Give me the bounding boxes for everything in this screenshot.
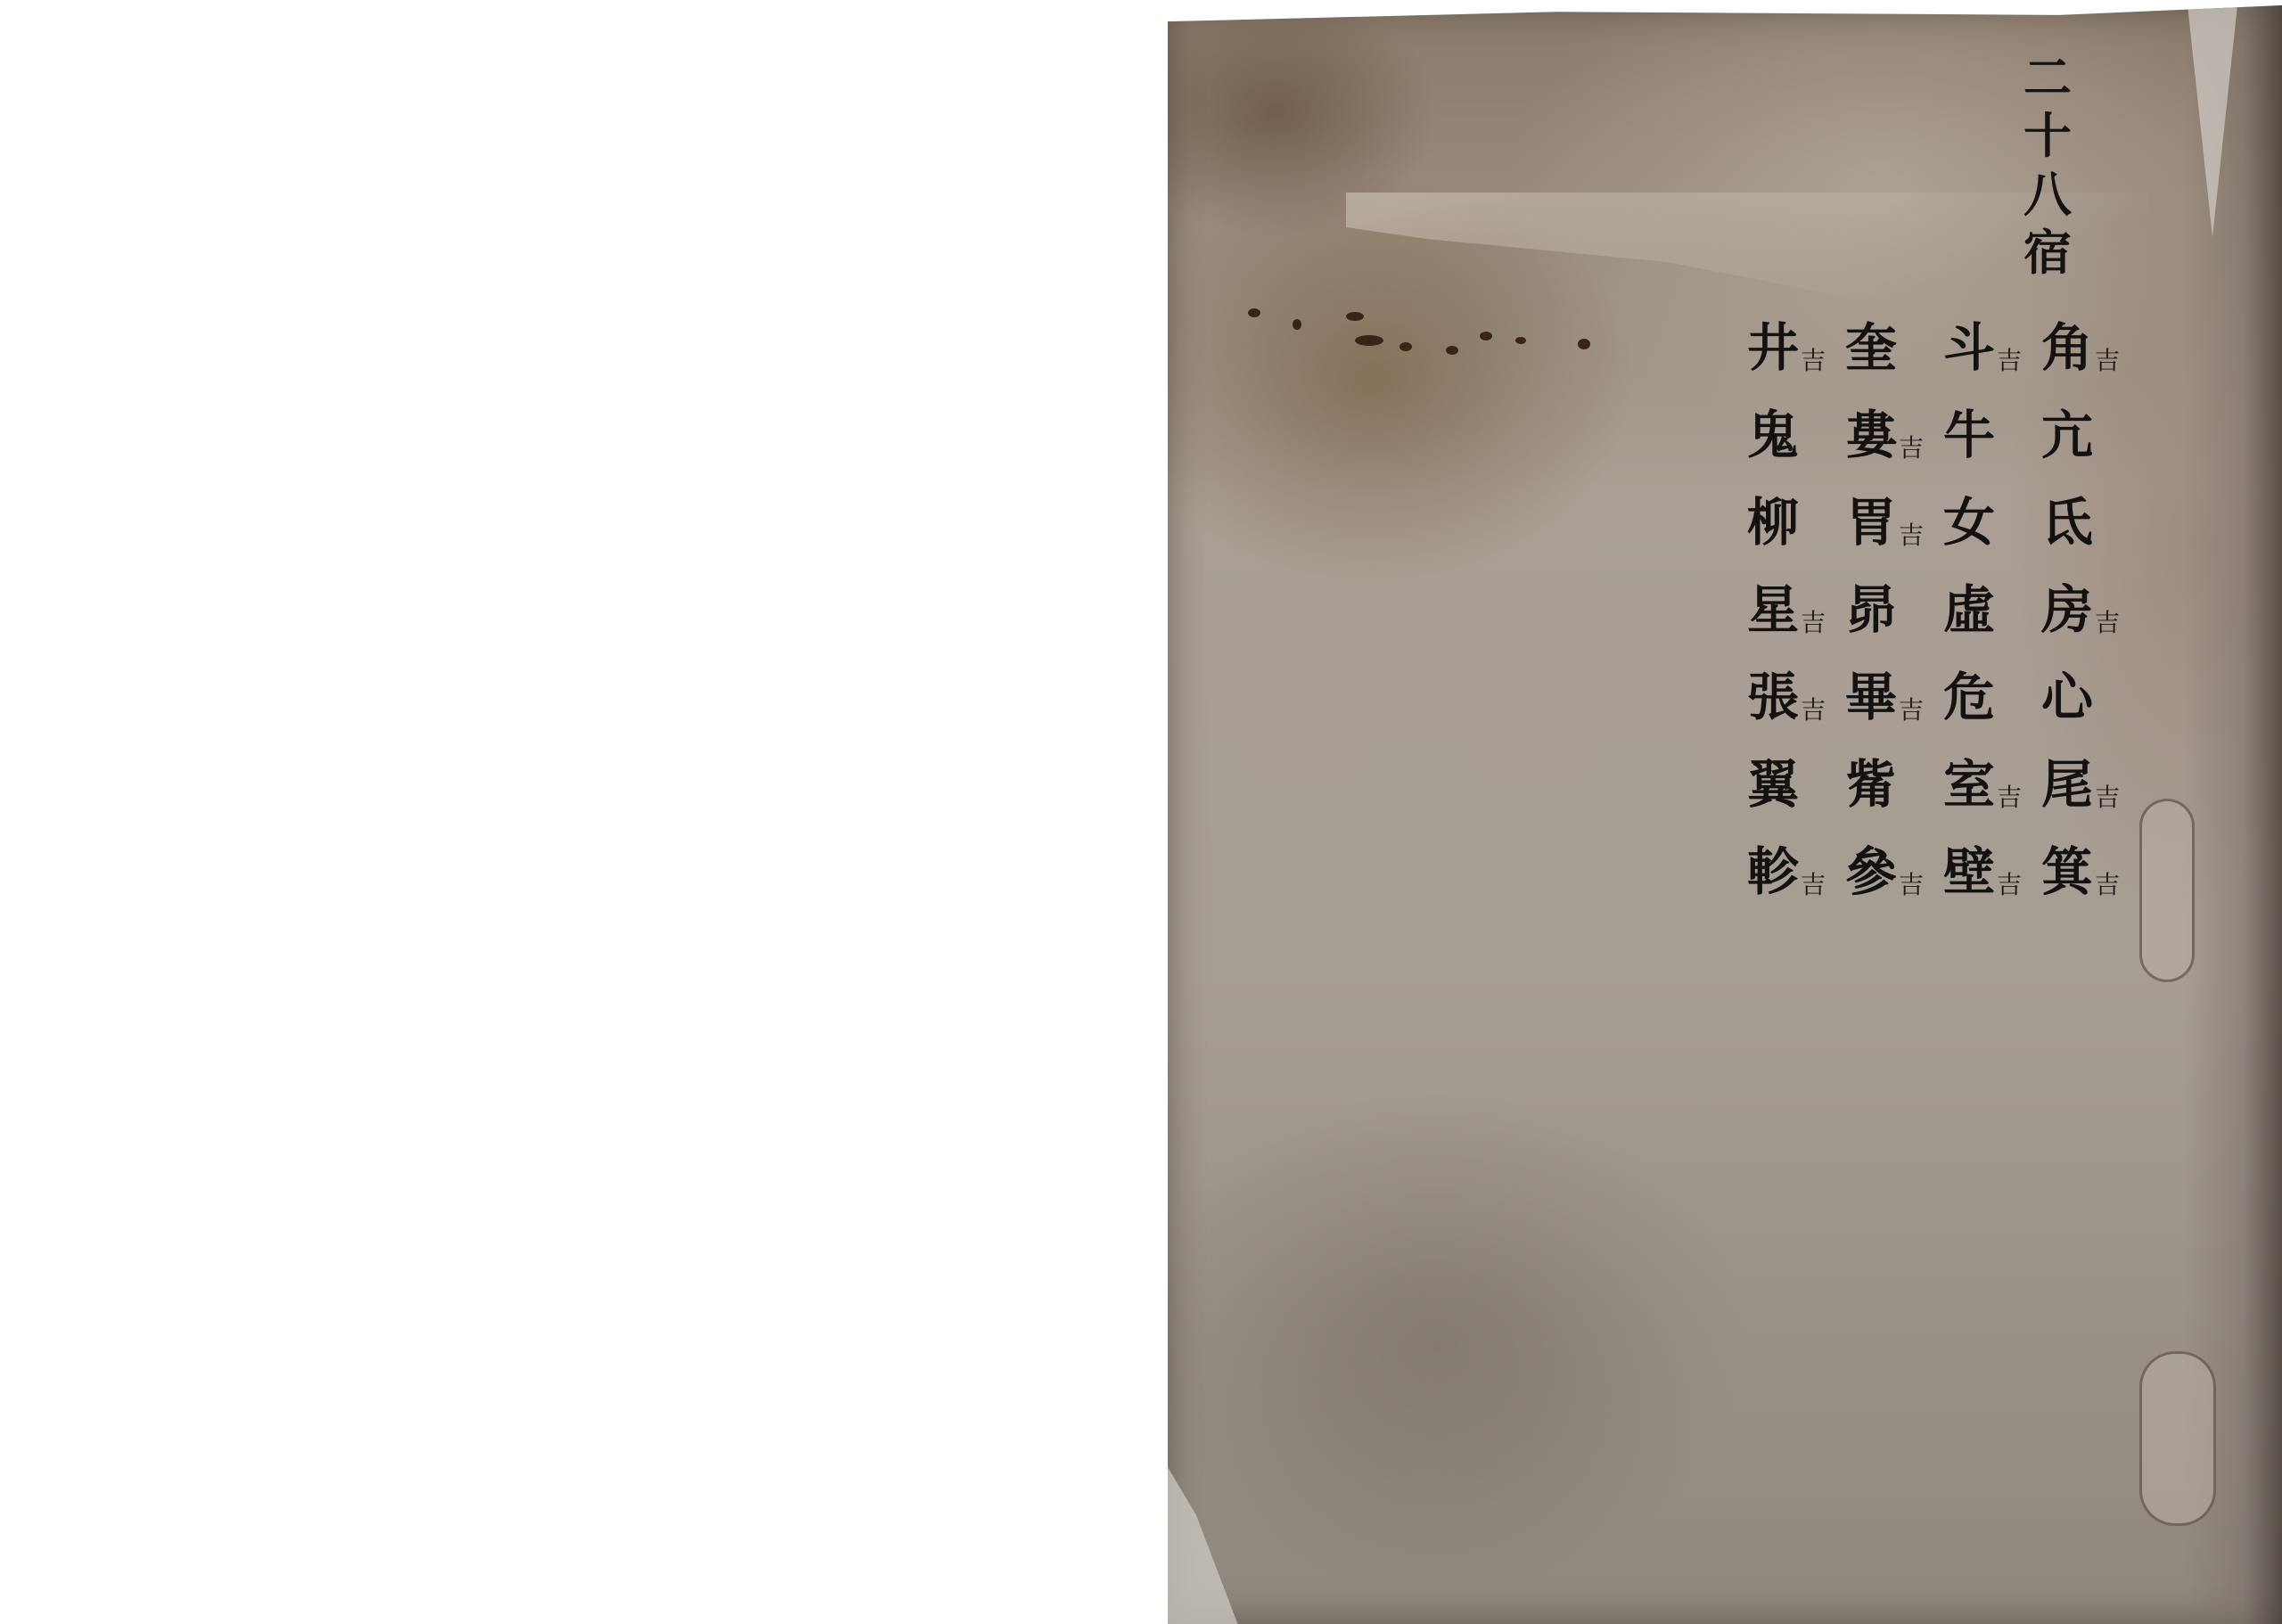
mansion-entry: 參吉 [1845, 836, 1934, 907]
mansion-entry: 柳 [1747, 487, 1836, 558]
auspicious-mark: 吉 [2095, 349, 2120, 373]
mansion-name: 軫 [1747, 846, 1799, 898]
mansion-name: 張 [1747, 671, 1799, 723]
mansion-entry: 虛 [1943, 574, 2032, 645]
auspicious-mark: 吉 [2095, 611, 2120, 636]
mansion-name: 柳 [1747, 496, 1799, 548]
mansion-name: 亢 [2041, 409, 2093, 461]
title-char: 宿 [2023, 226, 2072, 279]
mansion-entry: 室吉 [1943, 749, 2032, 820]
auspicious-mark: 吉 [1997, 873, 2022, 898]
mansion-table: 角吉 亢 氐 房吉 心 尾吉 箕吉 斗吉 牛 女 虛 危 室吉 壁吉 奎 婁吉 … [1747, 312, 2130, 927]
auspicious-mark: 吉 [1801, 698, 1826, 723]
mansion-name: 畢 [1845, 671, 1897, 723]
mansion-column-1: 角吉 亢 氐 房吉 心 尾吉 箕吉 [2041, 312, 2130, 927]
mansion-entry: 牛 [1943, 399, 2032, 471]
mansion-name: 箕 [2041, 846, 2093, 898]
blank-left-page [0, 0, 1168, 1624]
mansion-entry: 女 [1943, 487, 2032, 558]
auspicious-mark: 吉 [1801, 873, 1826, 898]
mansion-column-3: 奎 婁吉 胃吉 昴 畢吉 觜 參吉 [1845, 312, 1934, 927]
mansion-column-2: 斗吉 牛 女 虛 危 室吉 壁吉 [1943, 312, 2032, 927]
binding-repair-patch [2139, 799, 2195, 982]
mansion-name: 虛 [1943, 584, 1995, 636]
mansion-entry: 翼 [1747, 749, 1836, 820]
mansion-entry: 危 [1943, 661, 2032, 733]
mansion-entry: 房吉 [2041, 574, 2130, 645]
mansion-entry: 婁吉 [1845, 399, 1934, 471]
mansion-name: 女 [1943, 496, 1995, 548]
mansion-entry: 昴 [1845, 574, 1934, 645]
auspicious-mark: 吉 [1801, 349, 1826, 373]
mansion-name: 昴 [1845, 584, 1897, 636]
title-char: 八 [2023, 168, 2072, 221]
mansion-name: 室 [1943, 759, 1995, 810]
mansion-name: 鬼 [1747, 409, 1799, 461]
mansion-name: 參 [1845, 846, 1897, 898]
mansion-entry: 氐 [2041, 487, 2130, 558]
mansion-name: 心 [2041, 671, 2093, 723]
mansion-name: 牛 [1943, 409, 1995, 461]
auspicious-mark: 吉 [1899, 698, 1924, 723]
mansion-name: 奎 [1845, 322, 1897, 373]
mansion-name: 尾 [2041, 759, 2093, 810]
auspicious-mark: 吉 [2095, 785, 2120, 810]
mansion-entry: 亢 [2041, 399, 2130, 471]
document-title: 二 十 八 宿 [2016, 52, 2079, 280]
folded-corner-bottom-left [1168, 1467, 1239, 1624]
mansion-name: 星 [1747, 584, 1799, 636]
mansion-entry: 壁吉 [1943, 836, 2032, 907]
auspicious-mark: 吉 [1899, 523, 1924, 548]
mansion-entry: 星吉 [1747, 574, 1836, 645]
mansion-name: 壁 [1943, 846, 1995, 898]
mansion-entry: 鬼 [1747, 399, 1836, 471]
mansion-entry: 胃吉 [1845, 487, 1934, 558]
mansion-entry: 箕吉 [2041, 836, 2130, 907]
mansion-entry: 軫吉 [1747, 836, 1836, 907]
auspicious-mark: 吉 [2095, 873, 2120, 898]
mansion-entry: 心 [2041, 661, 2130, 733]
auspicious-mark: 吉 [1997, 349, 2022, 373]
mansion-entry: 斗吉 [1943, 312, 2032, 383]
auspicious-mark: 吉 [1997, 785, 2022, 810]
mansion-name: 氐 [2041, 496, 2093, 548]
scan-canvas: 二 十 八 宿 角吉 亢 氐 房吉 心 尾吉 箕吉 斗吉 牛 女 虛 危 室吉 … [0, 0, 2282, 1624]
auspicious-mark: 吉 [1899, 436, 1924, 461]
mansion-name: 房 [2041, 584, 2093, 636]
auspicious-mark: 吉 [1899, 873, 1924, 898]
mansion-name: 角 [2041, 322, 2093, 373]
mansion-name: 胃 [1845, 496, 1897, 548]
auspicious-mark: 吉 [1801, 611, 1826, 636]
mansion-name: 翼 [1747, 759, 1799, 810]
mansion-entry: 尾吉 [2041, 749, 2130, 820]
mansion-entry: 奎 [1845, 312, 1934, 383]
mansion-name: 觜 [1845, 759, 1897, 810]
mansion-entry: 張吉 [1747, 661, 1836, 733]
mansion-name: 井 [1747, 322, 1799, 373]
worm-hole-damage [1212, 299, 1605, 371]
mansion-entry: 觜 [1845, 749, 1934, 820]
mansion-name: 婁 [1845, 409, 1897, 461]
binding-repair-patch [2139, 1351, 2216, 1526]
title-char: 十 [2023, 110, 2072, 162]
mansion-entry: 角吉 [2041, 312, 2130, 383]
mansion-entry: 畢吉 [1845, 661, 1934, 733]
mansion-name: 斗 [1943, 322, 1995, 373]
mansion-name: 危 [1943, 671, 1995, 723]
mansion-column-4: 井吉 鬼 柳 星吉 張吉 翼 軫吉 [1747, 312, 1836, 927]
title-char: 二 [2023, 52, 2072, 104]
mansion-entry: 井吉 [1747, 312, 1836, 383]
